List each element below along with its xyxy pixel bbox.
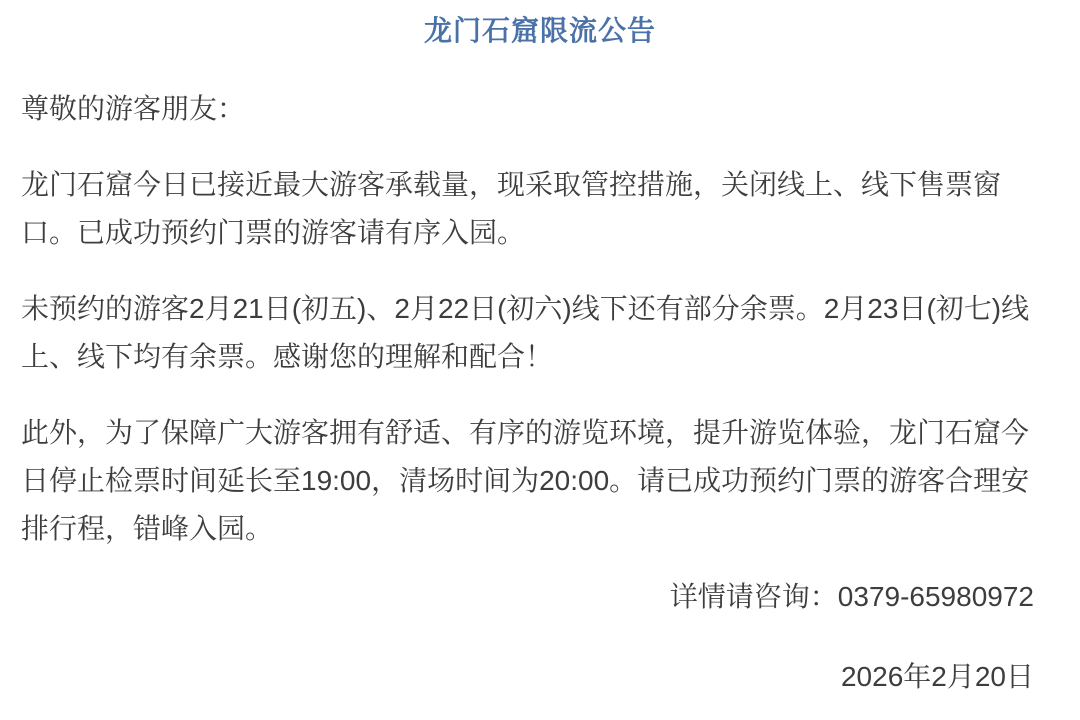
paragraph-line: 上、线下均有余票。感谢您的理解和配合！ xyxy=(21,333,1034,381)
paragraph-remaining-tickets: 未预约的游客2月21日(初五)、2月22日(初六)线下还有部分余票。2月23日(… xyxy=(21,285,1034,381)
paragraph-line: 此外，为了保障广大游客拥有舒适、有序的游览环境，提升游览体验，龙门石窟今 xyxy=(21,409,1034,457)
paragraph-line: 龙门石窟今日已接近最大游客承载量，现采取管控措施，关闭线上、线下售票窗 xyxy=(21,161,1034,209)
paragraph-line: 排行程，错峰入园。 xyxy=(21,505,1034,553)
notice-title: 龙门石窟限流公告 xyxy=(0,14,1080,48)
paragraph-line: 日停止检票时间延长至19:00，清场时间为20:00。请已成功预约门票的游客合理… xyxy=(21,457,1034,505)
paragraph-capacity-control: 龙门石窟今日已接近最大游客承载量，现采取管控措施，关闭线上、线下售票窗 口。已成… xyxy=(21,161,1034,257)
paragraph-line: 口。已成功预约门票的游客请有序入园。 xyxy=(21,209,1034,257)
contact-phone-text: 详情请咨询：0379-65980972 xyxy=(21,573,1034,621)
notice-page: 龙门石窟限流公告 尊敬的游客朋友： 龙门石窟今日已接近最大游客承载量，现采取管控… xyxy=(0,0,1080,720)
paragraph-line: 未预约的游客2月21日(初五)、2月22日(初六)线下还有部分余票。2月23日(… xyxy=(21,285,1034,333)
notice-date: 2026年2月20日 xyxy=(21,653,1034,701)
salutation-text: 尊敬的游客朋友： xyxy=(21,85,1034,133)
notice-content: 尊敬的游客朋友： 龙门石窟今日已接近最大游客承载量，现采取管控措施，关闭线上、线… xyxy=(0,85,1080,701)
paragraph-extended-hours: 此外，为了保障广大游客拥有舒适、有序的游览环境，提升游览体验，龙门石窟今 日停止… xyxy=(21,409,1034,553)
